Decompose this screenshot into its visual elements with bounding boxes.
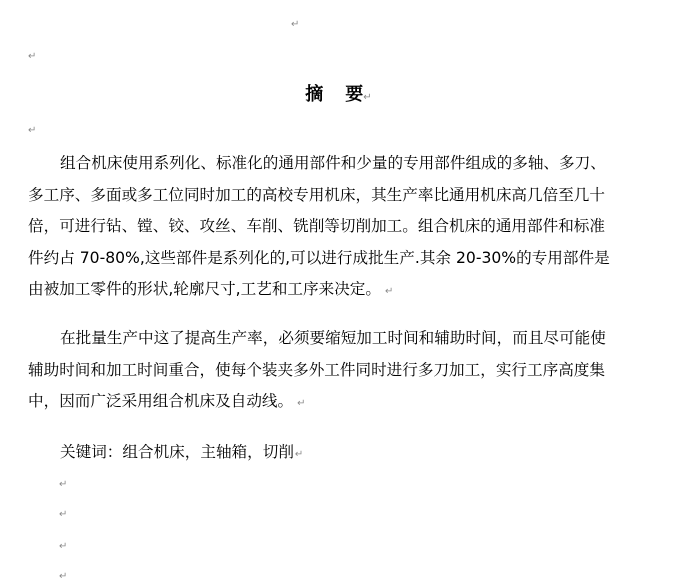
text-line-last: 中，因而广泛采用组合机床及自动线。↵	[28, 386, 618, 418]
paragraph-mark: ↵	[297, 398, 305, 409]
text-line: 件约占 70-80%,这些部件是系列化的,可以进行成批生产.其余 20-30%的…	[28, 243, 618, 275]
paragraph-mark: ↵	[291, 20, 299, 30]
text-line-last: 由被加工零件的形状,轮廓尺寸,工艺和工序来决定。↵	[28, 274, 618, 306]
paragraph-mark: ↵	[59, 510, 67, 520]
text-line: 倍，可进行钻、镗、铰、攻丝、车削、铣削等切削加工。组合机床的通用部件和标准	[28, 211, 618, 243]
paragraph-mark: ↵	[59, 572, 67, 579]
keywords-text: 关键词：组合机床，主轴箱，切削	[60, 443, 294, 461]
text-line: 多工序、多面或多工位同时加工的高校专用机床，其生产率比通用机床高几倍至几十	[28, 180, 618, 212]
text-line-content: 由被加工零件的形状,轮廓尺寸,工艺和工序来决定。	[28, 280, 381, 298]
paragraph-mark: ↵	[363, 92, 371, 103]
text-line: 在批量生产中这了提高生产率，必须要缩短加工时间和辅助时间，而且尽可能使	[28, 323, 618, 355]
paragraph-mark: ↵	[28, 126, 36, 136]
paragraph-mark: ↵	[385, 286, 393, 297]
paragraph-mark: ↵	[28, 52, 36, 62]
keywords-line: 关键词：组合机床，主轴箱，切削↵	[60, 437, 303, 470]
text-line: 辅助时间和加工时间重合，使每个装夹多外工件同时进行多刀加工，实行工序高度集	[28, 355, 618, 387]
abstract-title: 摘要↵	[0, 80, 677, 106]
abstract-paragraph-2: 在批量生产中这了提高生产率，必须要缩短加工时间和辅助时间，而且尽可能使 辅助时间…	[28, 323, 618, 418]
title-char-1: 摘	[305, 84, 323, 105]
abstract-paragraph-1: 组合机床使用系列化、标准化的通用部件和少量的专用部件组成的多轴、多刀、 多工序、…	[28, 148, 618, 306]
text-line-content: 中，因而广泛采用组合机床及自动线。	[28, 392, 293, 410]
title-char-2: 要	[345, 84, 363, 105]
text-line: 组合机床使用系列化、标准化的通用部件和少量的专用部件组成的多轴、多刀、	[28, 148, 618, 180]
paragraph-mark: ↵	[59, 542, 67, 552]
paragraph-mark: ↵	[295, 449, 303, 460]
paragraph-mark: ↵	[59, 480, 67, 490]
